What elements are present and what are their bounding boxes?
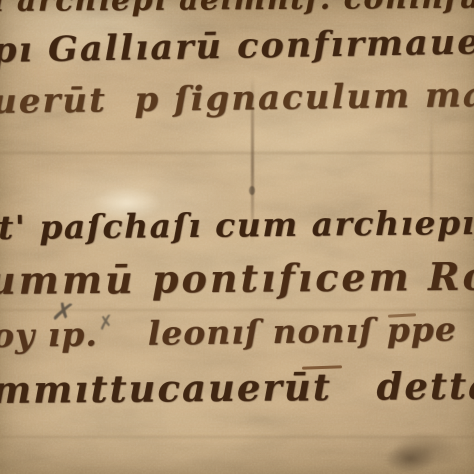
scribble-mark: ✗	[96, 311, 115, 335]
ink-speck	[249, 186, 255, 195]
manuscript-line: mmıttucauerūt dettah	[0, 363, 474, 412]
manuscript-line: uerūt p ſignaculum manuū	[0, 74, 474, 122]
horizontal-crease	[0, 152, 474, 154]
manuscript-line: pı Gallıarū confırmauerūt	[0, 20, 474, 71]
manuscript-line: ı archıepı aelmntſ. conınſu e	[0, 0, 474, 19]
manuscript-page: ı archıepı aelmntſ. conınſu e pı Gallıar…	[0, 0, 474, 474]
ink-stain	[372, 418, 472, 474]
manuscript-line: ummū pontıfıcem Roma	[0, 253, 474, 303]
manuscript-line: t' paſchaſı cum archıepıſco	[0, 202, 474, 247]
